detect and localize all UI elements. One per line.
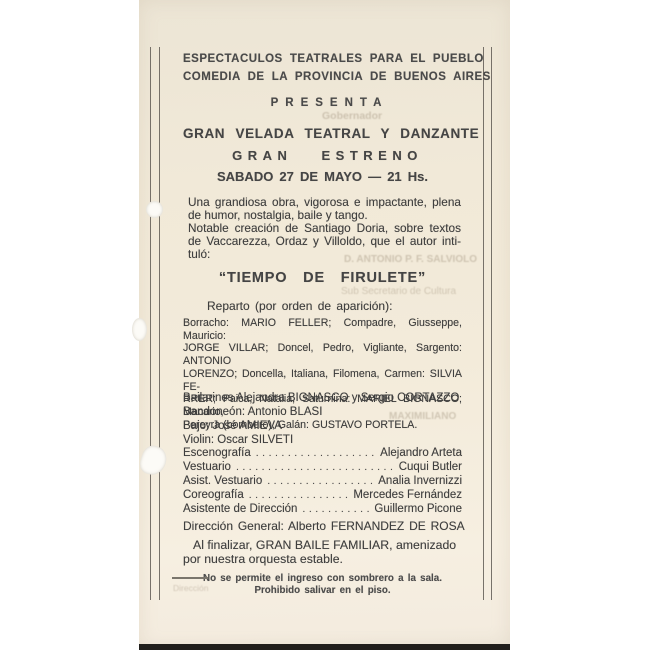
premiere-label: GRAN ESTRENO (183, 148, 467, 163)
company-line-dancers: Bailarines Alejandra BIGNASCO y Sergio C… (183, 391, 462, 405)
credit-name: Analia Invernizzi (378, 475, 462, 487)
credit-leader-dots: ........................................… (249, 489, 349, 501)
credit-row: Asistente de Dirección..................… (183, 503, 462, 517)
cast-line: Borracho: MARIO FELLER; Compadre, Giusse… (183, 317, 462, 342)
description-line: Notable creación de Santiago Doria, sobr… (188, 222, 461, 235)
company-line-violin: Violin: Oscar SILVETI (183, 433, 462, 447)
org-line-1: ESPECTACULOS TEATRALES PARA EL PUEBLO (183, 53, 462, 65)
credit-name: Alejandro Arteta (380, 447, 462, 459)
house-rule-2: Prohibido salivar en el piso. (183, 585, 462, 597)
credit-row: Escenografía............................… (183, 447, 462, 461)
punch-hole (132, 318, 147, 341)
description-line: de humor, nostalgia, baile y tango. (188, 209, 461, 222)
cast-heading: Reparto (por orden de aparición): (183, 299, 486, 313)
closing-line: Al finalizar, GRAN BAILE FAMILIAR, ameni… (183, 539, 462, 553)
company-line-bass: Bajo: José AMIEVA (183, 419, 462, 433)
cast-line: JORGE VILLAR; Doncel, Pedro, Vigliante, … (183, 342, 462, 367)
punch-hole (146, 201, 163, 218)
event-title: GRAN VELADA TEATRAL Y DANZANTE (183, 126, 462, 141)
presents-label: PRESENTA (183, 97, 469, 109)
credit-name: Cuqui Butler (399, 461, 462, 473)
credit-name: Mercedes Fernández (353, 489, 462, 501)
credit-leader-dots: ........................................… (302, 503, 369, 515)
punch-hole (137, 443, 170, 478)
credit-row: Asist. Vestuario........................… (183, 475, 462, 489)
direction-line: Dirección General: Alberto FERNANDEZ DE … (183, 519, 462, 533)
closing-note: Al finalizar, GRAN BAILE FAMILIAR, ameni… (183, 539, 462, 566)
program-page: Gobernador D. ANTONIO P. F. SALVIOLO Sub… (139, 0, 510, 650)
house-rule-1: No se permite el ingreso con sombrero a … (183, 573, 462, 585)
right-outer-rule (491, 47, 492, 600)
credit-leader-dots: ........................................… (236, 461, 394, 473)
event-datetime: SABADO 27 DE MAYO — 21 Hs. (183, 169, 462, 184)
credit-role: Vestuario (183, 461, 231, 473)
company-line-bandoneon: Bandoneón: Antonio BLASI (183, 405, 462, 419)
scan-bottom-bar (139, 644, 510, 650)
org-line-2: COMEDIA DE LA PROVINCIA DE BUENOS AIRES (183, 71, 462, 83)
credit-role: Asist. Vestuario (183, 475, 262, 487)
house-rules: No se permite el ingreso con sombrero a … (183, 573, 462, 597)
credit-row: Coreografía.............................… (183, 489, 462, 503)
right-inner-rule (483, 47, 484, 600)
house-rules-dash-line (172, 577, 208, 579)
scan-background: { "program": { "organization": { "line1"… (0, 0, 650, 650)
credit-role: Escenografía (183, 447, 251, 459)
description-paragraph-1: Una grandiosa obra, vigorosa e impactant… (188, 196, 461, 222)
credit-leader-dots: ........................................… (256, 447, 375, 459)
ghost-text: Gobernador (322, 110, 382, 122)
credit-leader-dots: ........................................… (267, 475, 373, 487)
left-outer-rule (150, 47, 151, 600)
ghost-text: Sub Secretario de Cultura (341, 286, 456, 297)
credit-row: Vestuario...............................… (183, 461, 462, 475)
credit-role: Coreografía (183, 489, 244, 501)
description-paragraph-2: Notable creación de Santiago Doria, sobr… (188, 222, 461, 260)
cast-line: LORENZO; Doncella, Italiana, Filomena, C… (183, 368, 462, 393)
left-inner-rule (159, 47, 160, 600)
credit-name: Guillermo Picone (374, 503, 462, 515)
closing-line: por nuestra orquesta estable. (183, 553, 462, 567)
credit-role: Asistente de Dirección (183, 503, 297, 515)
description-line: Una grandiosa obra, vigorosa e impactant… (188, 196, 461, 209)
description-line: tuló: (188, 248, 461, 261)
play-title: “TIEMPO DE FIRULETE” (183, 270, 462, 286)
description-line: de Vaccarezza, Ordaz y Villoldo, que el … (188, 235, 461, 248)
